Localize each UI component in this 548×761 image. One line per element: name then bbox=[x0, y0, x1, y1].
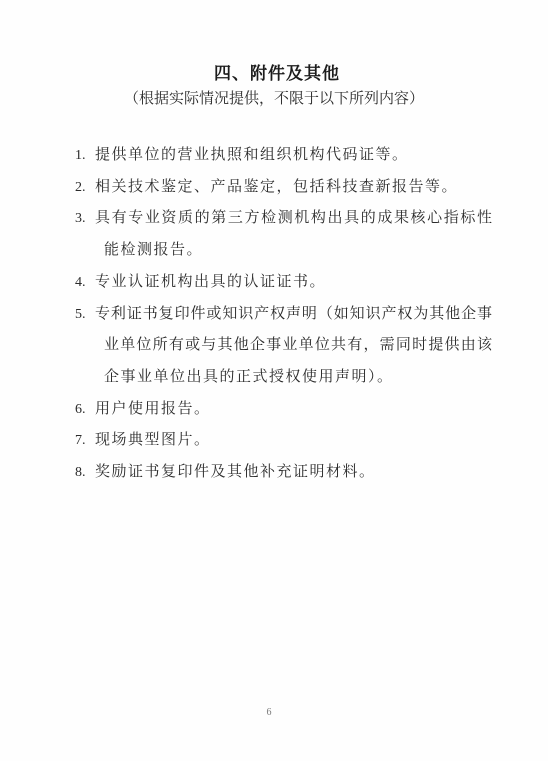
item-line: 专业认证机构出具的认证证书。 bbox=[95, 267, 495, 299]
list-item: 3. 具有专业资质的第三方检测机构出具的成果核心指标性 能检测报告。 bbox=[75, 203, 495, 266]
item-number: 2. bbox=[75, 172, 86, 204]
list-item: 8. 奖励证书复印件及其他补充证明材料。 bbox=[75, 457, 495, 489]
list-item: 1. 提供单位的营业执照和组织机构代码证等。 bbox=[75, 140, 495, 172]
item-number: 4. bbox=[75, 267, 86, 299]
item-number: 7. bbox=[75, 425, 86, 457]
item-number: 1. bbox=[75, 140, 86, 172]
attachment-list: 1. 提供单位的营业执照和组织机构代码证等。 2. 相关技术鉴定、产品鉴定，包括… bbox=[75, 140, 495, 489]
list-item: 7. 现场典型图片。 bbox=[75, 425, 495, 457]
section-title: 四、附件及其他 bbox=[3, 63, 548, 85]
list-item: 4. 专业认证机构出具的认证证书。 bbox=[75, 267, 495, 299]
item-line: 奖励证书复印件及其他补充证明材料。 bbox=[95, 457, 495, 489]
list-item: 2. 相关技术鉴定、产品鉴定，包括科技查新报告等。 bbox=[75, 172, 495, 204]
item-number: 3. bbox=[75, 203, 86, 235]
item-number: 8. bbox=[75, 457, 86, 489]
item-number: 5. bbox=[75, 299, 86, 331]
item-number: 6. bbox=[75, 394, 86, 426]
item-line: 业单位所有或与其他企事业单位共有，需同时提供由该 bbox=[104, 330, 492, 362]
document-page: 四、附件及其他 （根据实际情况提供，不限于以下所列内容） 1. 提供单位的营业执… bbox=[0, 0, 548, 761]
item-line: 用户使用报告。 bbox=[95, 394, 495, 426]
item-line: 专利证书复印件或知识产权声明（如知识产权为其他企事 bbox=[95, 299, 492, 331]
list-item: 6. 用户使用报告。 bbox=[75, 394, 495, 426]
item-line: 具有专业资质的第三方检测机构出具的成果核心指标性 bbox=[95, 203, 492, 235]
item-line: 企事业单位出具的正式授权使用声明）。 bbox=[104, 362, 495, 394]
item-line: 能检测报告。 bbox=[104, 235, 495, 267]
list-item: 5. 专利证书复印件或知识产权声明（如知识产权为其他企事 业单位所有或与其他企事… bbox=[75, 299, 495, 394]
item-line: 提供单位的营业执照和组织机构代码证等。 bbox=[95, 140, 495, 172]
item-line: 相关技术鉴定、产品鉴定，包括科技查新报告等。 bbox=[95, 172, 495, 204]
section-subtitle: （根据实际情况提供，不限于以下所列内容） bbox=[0, 88, 548, 110]
page-number: 6 bbox=[0, 706, 543, 719]
item-line: 现场典型图片。 bbox=[95, 425, 495, 457]
